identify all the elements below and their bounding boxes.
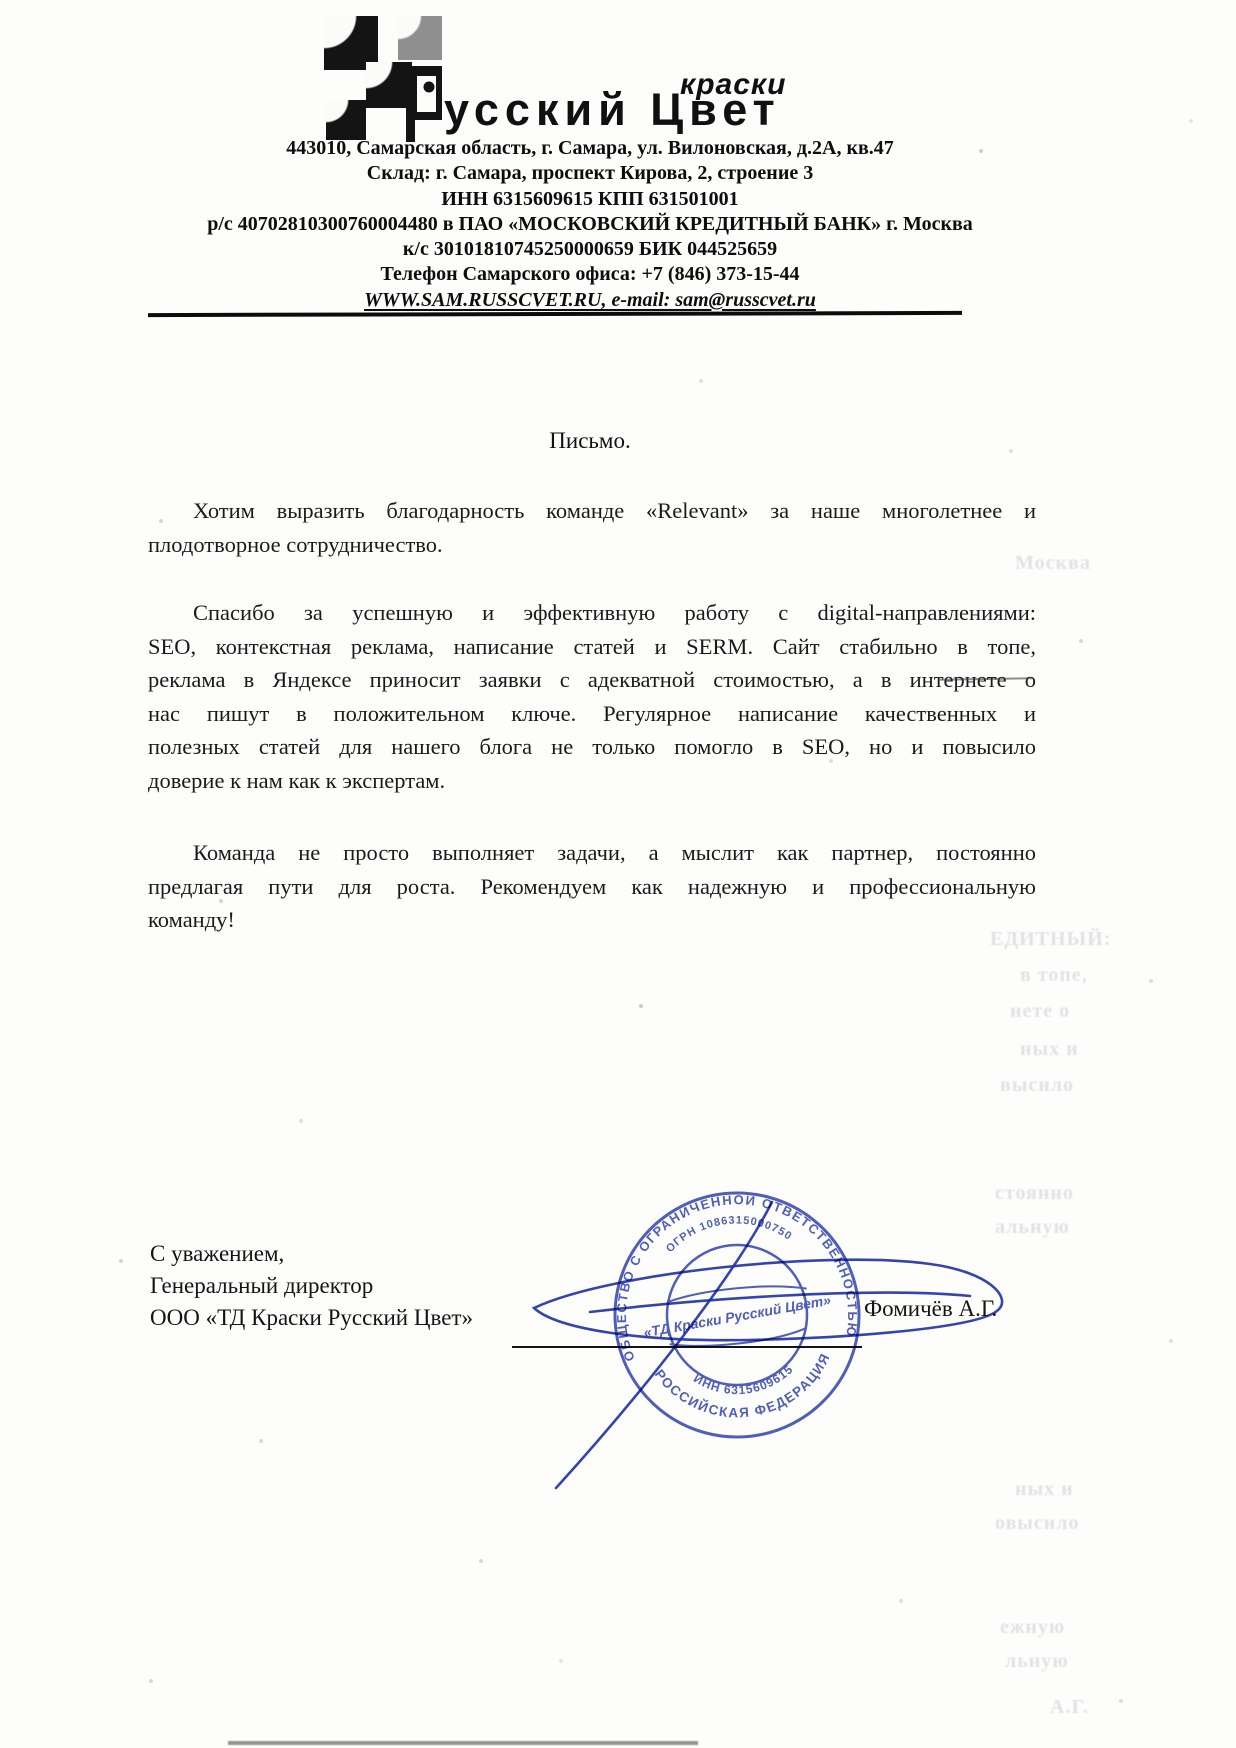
paragraph-line: Спасибо за успешную и эффективную работу…	[148, 596, 1036, 630]
paragraph-line: плодотворное сотрудничество.	[148, 528, 1036, 562]
page-curl-decoration	[326, 100, 366, 140]
header-divider	[148, 311, 962, 317]
logo-brand-label: усский Цвет	[444, 84, 781, 136]
paragraph-line: полезных статей для нашего блога не толь…	[148, 730, 1036, 764]
ghost-text: А.Г.	[1050, 1696, 1089, 1719]
address-line: 443010, Самарская область, г. Самара, ул…	[85, 136, 1095, 161]
paragraph-line: предлагая пути для роста. Рекомендуем ка…	[148, 870, 1036, 904]
ghost-text: ЕДИТНЫЙ:	[990, 928, 1111, 951]
ghost-text: ных и	[1015, 1478, 1074, 1501]
signature-stroke	[556, 1202, 772, 1488]
signature-closing: С уважением,	[150, 1238, 473, 1270]
signature-block: С уважением, Генеральный директор ООО «Т…	[150, 1238, 473, 1334]
ghost-text: ных и	[1020, 1038, 1079, 1061]
scan-smudge	[228, 1741, 698, 1745]
checker-square	[326, 100, 366, 140]
checker-square	[398, 16, 442, 60]
ghost-text: нете о	[1010, 1000, 1070, 1023]
paragraph-line: SEO, контекстная реклама, написание стат…	[148, 630, 1036, 664]
letter-title: Письмо.	[85, 428, 1095, 454]
phone-line: Телефон Самарского офиса: +7 (846) 373-1…	[85, 262, 1095, 287]
ghost-text: ежную	[1000, 1616, 1065, 1639]
ghost-text: высило	[1000, 1074, 1074, 1097]
signature-loop	[534, 1260, 1002, 1340]
paragraph-2: Спасибо за успешную и эффективную работу…	[148, 596, 1036, 798]
scanned-letter-page: краски усский Цвет 443010, Самарская обл…	[0, 0, 1236, 1748]
paragraph-line: нас пишут в положительном ключе. Регуляр…	[148, 697, 1036, 731]
paragraph-line: реклама в Яндексе приносит заявки с адек…	[148, 663, 1036, 697]
warehouse-line: Склад: г. Самара, проспект Кирова, 2, ст…	[85, 161, 1095, 186]
paragraph-line: доверие к нам как к экспертам.	[148, 764, 1036, 798]
scan-specks	[0, 0, 2, 2]
bank-account-line: р/с 40702810300760004480 в ПАО «МОСКОВСК…	[85, 212, 1095, 237]
paragraph-3: Команда не просто выполняет задачи, а мы…	[148, 836, 1036, 937]
ghost-text: альную	[995, 1216, 1070, 1239]
signature-position: Генеральный директор	[150, 1270, 473, 1302]
handwritten-signature	[450, 1180, 1070, 1520]
logo-letter-p-icon	[404, 64, 446, 142]
paragraph-1: Хотим выразить благодарность команде «Re…	[148, 494, 1036, 561]
page-curl-decoration	[398, 16, 442, 60]
letterhead: 443010, Самарская область, г. Самара, ул…	[85, 136, 1095, 313]
inn-kpp-line: ИНН 6315609615 КПП 631501001	[85, 187, 1095, 212]
paragraph-line: Хотим выразить благодарность команде «Re…	[148, 494, 1036, 528]
ghost-text: стоянно	[995, 1182, 1074, 1205]
ghost-text: овысило	[995, 1512, 1080, 1535]
ghost-text: в топе,	[1020, 964, 1088, 987]
ghost-text: льную	[1005, 1650, 1069, 1673]
ghost-text: Москва	[1015, 552, 1091, 575]
paragraph-line: Команда не просто выполняет задачи, а мы…	[148, 836, 1036, 870]
paragraph-line: команду!	[148, 903, 1036, 937]
signature-company: ООО «ТД Краски Русский Цвет»	[150, 1302, 473, 1334]
website-email-line: WWW.SAM.RUSSCVET.RU, e-mail: sam@russcve…	[85, 288, 1095, 313]
corr-account-line: к/с 30101810745250000659 БИК 044525659	[85, 237, 1095, 262]
signature-stroke	[590, 1293, 970, 1312]
